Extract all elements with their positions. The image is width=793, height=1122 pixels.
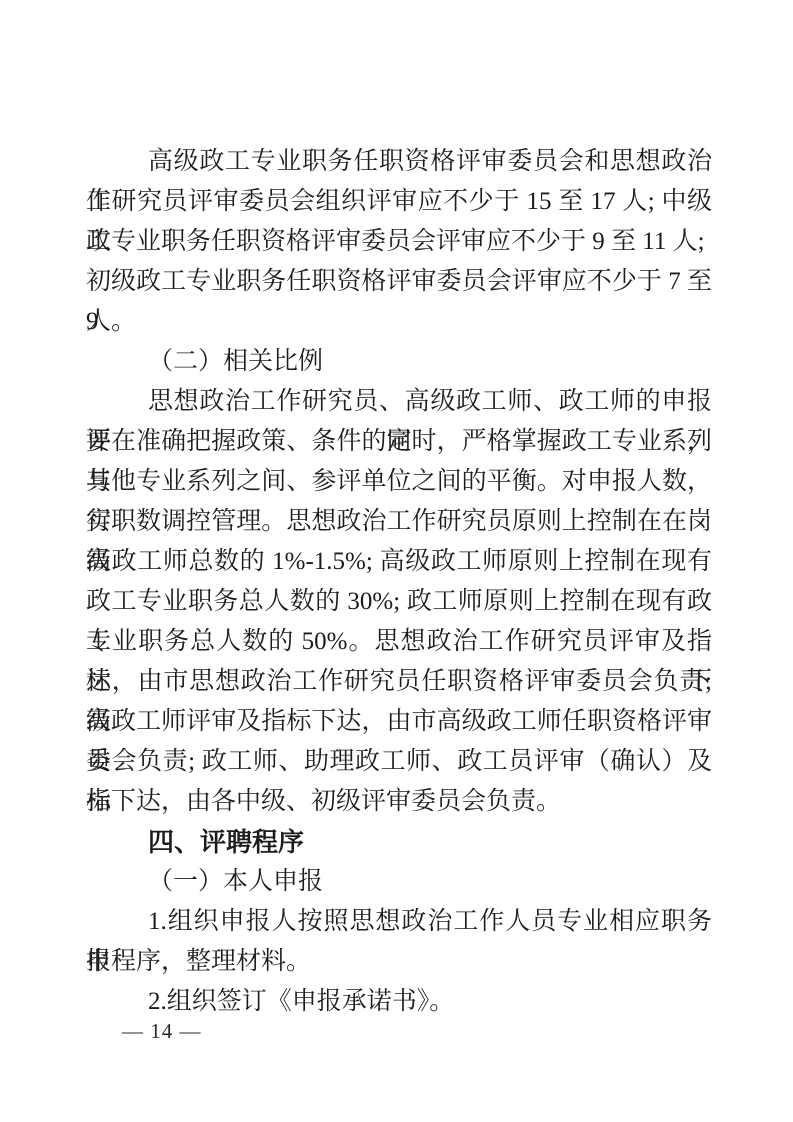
body-line: 级政工师总数的 1%-1.5%; 高级政工师原则上控制在现有 xyxy=(86,542,712,582)
body-line: 1.组织申报人按照思想政治工作人员专业相应职务申 xyxy=(86,902,712,942)
body-line: 其他专业系列之间、参评单位之间的平衡。对申报人数，实 xyxy=(86,462,712,502)
body-line: 报程序，整理材料。 xyxy=(86,942,712,982)
body-line: 政工专业职务总人数的 30%; 政工师原则上控制在现有政工 xyxy=(86,582,712,622)
document-lines: 高级政工专业职务任职资格评审委员会和思想政治工作研究员评审委员会组织评审应不少于… xyxy=(86,142,712,1022)
body-line: 作研究员评审委员会组织评审应不少于 15 至 17 人; 中级政 xyxy=(86,182,712,222)
body-line: 级政工师评审及指标下达，由市高级政工师任职资格评审委 xyxy=(86,702,712,742)
body-line: 行职数调控管理。思想政治工作研究员原则上控制在在岗高 xyxy=(86,502,712,542)
page-number: — 14 — xyxy=(122,1017,202,1045)
sub-heading: （二）相关比例 xyxy=(86,342,712,382)
body-line: 标下达，由各中级、初级评审委员会负责。 xyxy=(86,782,712,822)
body-line: 员会负责; 政工师、助理政工师、政工员评审（确认）及指 xyxy=(86,742,712,782)
document-page: 高级政工专业职务任职资格评审委员会和思想政治工作研究员评审委员会组织评审应不少于… xyxy=(0,0,793,1122)
body-line: 达，由市思想政治工作研究员任职资格评审委员会负责; 高 xyxy=(86,662,712,702)
body-line: 工专业职务任职资格评审委员会评审应不少于 9 至 11 人; xyxy=(86,222,712,262)
section-heading: 四、评聘程序 xyxy=(86,822,712,862)
body-line: 高级政工专业职务任职资格评审委员会和思想政治工 xyxy=(86,142,712,182)
body-line: 思想政治工作研究员、高级政工师、政工师的申报评定， xyxy=(86,382,712,422)
body-line: 初级政工专业职务任职资格评审委员会评审应不少于 7 至 9 xyxy=(86,262,712,302)
sub-heading: （一）本人申报 xyxy=(86,862,712,902)
body-line: 人。 xyxy=(86,302,712,342)
body-line: 2.组织签订《申报承诺书》。 xyxy=(86,982,712,1022)
body-line: 要在准确把握政策、条件的同时，严格掌握政工专业系列与 xyxy=(86,422,712,462)
body-line: 专业职务总人数的 50%。思想政治工作研究员评审及指标下 xyxy=(86,622,712,662)
